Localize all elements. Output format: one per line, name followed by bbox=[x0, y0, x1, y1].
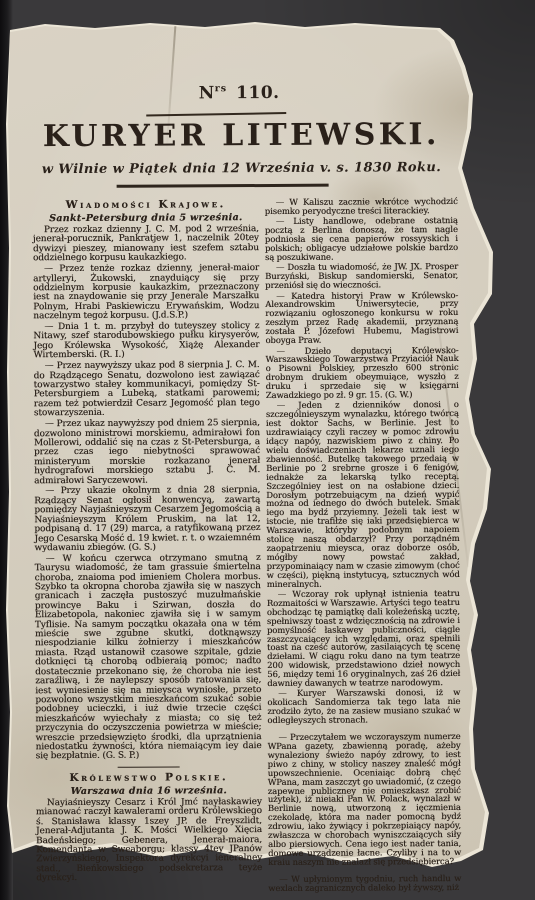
article-paragraph: — W upłynionym tygodniu, ruch handlu w w… bbox=[268, 874, 461, 893]
article-paragraph: — Przez naywyższy ukaz pod 8 sierpnia J.… bbox=[34, 361, 260, 419]
article-paragraph: — Jeden z dzienników donosi o szczególni… bbox=[266, 400, 460, 588]
article-paragraph: — Wczoray rok upłynął istnienia teatru R… bbox=[267, 589, 461, 688]
article-paragraph: — W końcu czerwca otrzymano smutną z Tau… bbox=[35, 554, 262, 762]
issue-no: 110. bbox=[236, 83, 280, 103]
article-paragraph: — Przez tenże rozkaz dzienny, jenerał-ma… bbox=[33, 264, 259, 322]
masthead-rule bbox=[117, 184, 329, 188]
issue-number: Nrs110. bbox=[0, 82, 480, 105]
article-paragraph: — Kuryer Warszawski donosi, iż w okolica… bbox=[267, 688, 460, 725]
article-paragraph: — W Kaliszu zacznie wkrótce wychodzić pi… bbox=[265, 197, 458, 216]
dateline-warsaw: Warszawa dnia 16 września. bbox=[36, 785, 262, 797]
newspaper-title: KURYER LITEWSKI. bbox=[0, 117, 484, 155]
section-divider-rule bbox=[118, 766, 180, 768]
section-heading-kingdom-of-poland: Królewstwo Polskie. bbox=[36, 771, 262, 784]
left-column: Wiadomości Krajowe. Sankt-Petersburg dni… bbox=[33, 198, 263, 885]
article-paragraph: — Doszła tu wiadomość, że JW. JX. Prospe… bbox=[265, 262, 458, 290]
dateline-petersburg: Sankt-Petersburg dnia 5 września. bbox=[33, 212, 259, 224]
section-heading-domestic-news: Wiadomości Krajowe. bbox=[33, 198, 259, 211]
article-paragraph: Przez rozkaz dzienny J. C. M. pod 2 wrze… bbox=[33, 225, 259, 264]
article-paragraph: — Przeczytałem we wczorayszym numerze WP… bbox=[267, 732, 461, 867]
article-paragraph: — Listy handlowe, odebrane ostatnią pocz… bbox=[265, 216, 458, 262]
article-paragraph: — Dnia 1 t. m. przybył do tuteyszey stol… bbox=[33, 322, 259, 361]
issue-superscript: rs bbox=[215, 83, 227, 94]
right-column: — W Kaliszu zacznie wkrótce wychodzić pi… bbox=[265, 197, 462, 894]
issue-n: N bbox=[199, 83, 215, 103]
article-paragraph: — Przy ukazie okolnym z dnia 28 sierpnia… bbox=[34, 487, 260, 554]
article-paragraph: — Dzieło deputacyi Królewsko-Warszawskie… bbox=[265, 345, 458, 399]
article-paragraph: — Katedra historyi Praw w Królewsko-Alex… bbox=[265, 291, 458, 345]
article-paragraph: — Przez ukaz naywyższy pod dniem 25 sier… bbox=[34, 419, 260, 486]
issue-rule bbox=[146, 112, 286, 116]
page-content: Nrs110. KURYER LITEWSKI. w Wilnie w Piąt… bbox=[0, 0, 535, 900]
article-paragraph: Nayiaśnieyszy Cesarz i Król Jmć nayłaska… bbox=[36, 798, 262, 884]
masthead-dateline: w Wilnie w Piątek dnia 12 Września v. s.… bbox=[0, 160, 485, 178]
